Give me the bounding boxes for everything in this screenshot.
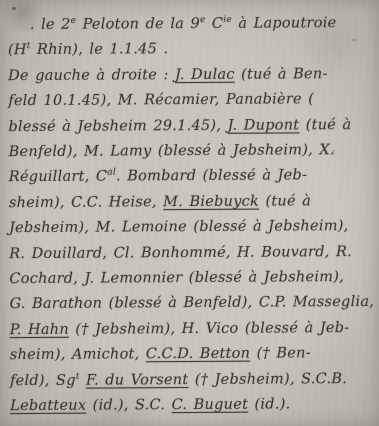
text-segment: . Bombard (blessé à Jeb- — [116, 168, 307, 185]
text-line: Benfeld), M. Lamy (blessé à Jebsheim), X… — [9, 138, 373, 166]
superscript-text: al — [107, 168, 116, 178]
text-line: P. Hahn († Jebsheim), H. Vico (blessé à … — [10, 316, 374, 344]
underlined-name: M. Biebuyck — [163, 193, 259, 210]
text-line: sheim), C.C. Heise, M. Biebuyck (tué à — [9, 189, 373, 217]
text-segment: G. Barathon (blessé à Benfeld), C.P. Mas… — [9, 294, 374, 312]
text-segment: (tué à — [259, 193, 311, 209]
text-line: sheim), Amichot, C.C.D. Betton († Ben- — [10, 341, 374, 369]
text-segment: (id.). — [248, 396, 290, 412]
text-segment: feld), Sg — [10, 372, 76, 388]
text-line: . le 2e Peloton de la 9e Cie à Lapoutroi… — [8, 11, 372, 39]
underlined-name: Lebatteux — [10, 398, 86, 414]
text-segment: à Lapoutroie — [232, 15, 337, 32]
handwritten-text: . le 2e Peloton de la 9e Cie à Lapoutroi… — [8, 11, 374, 420]
underlined-name: J. Dulac — [175, 67, 235, 83]
text-segment: Jebsheim), M. Lemoine (blessé à Jebsheim… — [9, 218, 348, 236]
scanned-paper: . le 2e Peloton de la 9e Cie à Lapoutroi… — [0, 0, 379, 426]
text-segment: Benfeld), M. Lamy (blessé à Jebsheim), X… — [9, 142, 335, 160]
text-line: (Ht Rhin), le 1.1.45 . — [8, 36, 372, 64]
text-segment: feld 10.1.45), M. Récamier, Panabière ( — [8, 91, 314, 109]
text-line: Jebsheim), M. Lemoine (blessé à Jebsheim… — [9, 214, 373, 242]
text-line: G. Barathon (blessé à Benfeld), C.P. Mas… — [9, 290, 373, 318]
text-line: De gauche à droite : J. Dulac (tué à Ben… — [8, 62, 372, 90]
underlined-name: C.C.D. Betton — [146, 346, 251, 363]
text-segment: De gauche à droite : — [8, 67, 175, 84]
text-line: feld 10.1.45), M. Récamier, Panabière ( — [8, 87, 372, 115]
text-segment: sheim), Amichot, — [10, 347, 146, 364]
text-line: Lebatteux (id.), S.C. C. Buguet (id.). — [10, 392, 374, 420]
underlined-name: P. Hahn — [10, 322, 69, 338]
text-segment: (tué à — [299, 117, 351, 133]
text-segment: blessé à Jebsheim 29.1.45), — [8, 117, 227, 134]
underlined-name: F. du Vorsent — [86, 372, 189, 389]
text-segment: Peloton de la 9 — [76, 16, 200, 33]
text-segment: Cochard, J. Lemonnier (blessé à Jebsheim… — [9, 269, 344, 287]
text-line: Cochard, J. Lemonnier (blessé à Jebsheim… — [9, 265, 373, 293]
text-segment: Rhin), le 1.1.45 . — [31, 42, 169, 59]
text-line: feld), Sgt F. du Vorsent († Jebsheim), S… — [10, 367, 374, 395]
text-segment: († Ben- — [250, 346, 311, 362]
underlined-name: J. Dupont — [227, 117, 299, 133]
text-segment: sheim), C.C. Heise, — [9, 194, 163, 211]
text-segment: († Jebsheim), H. Vico (blessé à Jeb- — [69, 320, 350, 338]
text-line: blessé à Jebsheim 29.1.45), J. Dupont (t… — [8, 113, 372, 141]
text-segment: C — [205, 16, 223, 32]
paper-speck — [12, 7, 16, 10]
text-segment: († Jebsheim), S.C.B. — [188, 371, 347, 388]
text-segment: (tué à Ben- — [235, 66, 328, 83]
text-segment: Réguillart, C — [9, 169, 108, 186]
text-segment: (H — [8, 42, 27, 58]
underlined-name: C. Buguet — [172, 397, 249, 413]
text-line: Réguillart, Cal. Bombard (blessé à Jeb- — [9, 163, 373, 191]
text-segment: (id.), S.C. — [86, 397, 171, 414]
superscript-text: ie — [223, 15, 232, 25]
text-segment: R. Douillard, Cl. Bonhommé, H. Bouvard, … — [9, 244, 352, 262]
text-segment: . le 2 — [30, 17, 71, 33]
text-line: R. Douillard, Cl. Bonhommé, H. Bouvard, … — [9, 240, 373, 268]
